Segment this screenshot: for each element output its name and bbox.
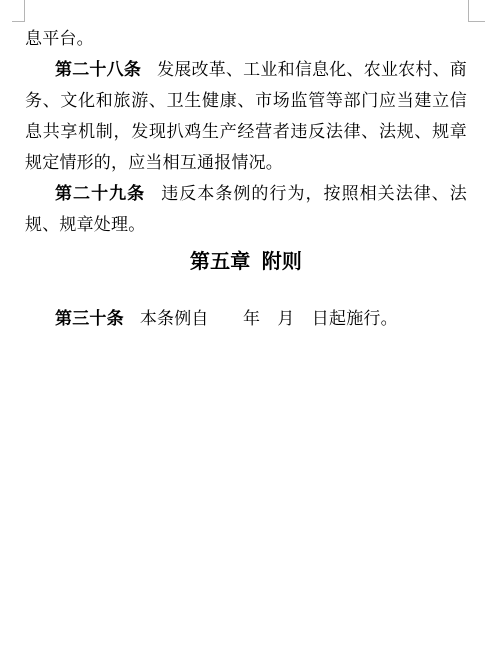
paragraph-continuation: 息平台。 — [25, 23, 467, 54]
continuation-text: 息平台。 — [25, 29, 94, 48]
article-30-label: 第三十条 — [55, 309, 124, 328]
article-29-label: 第二十九条 — [55, 184, 145, 203]
crop-mark-top-left-icon — [12, 0, 25, 22]
paragraph-article-29: 第二十九条违反本条例的行为，按照相关法律、法规、规章处理。 — [25, 178, 467, 240]
paragraph-article-28: 第二十八条发展改革、工业和信息化、农业农村、商务、文化和旅游、卫生健康、市场监管… — [25, 54, 467, 178]
chapter-5-heading: 第五章 附则 — [25, 244, 467, 280]
article-30-text: 本条例自 年 月 日起施行。 — [140, 309, 398, 328]
crop-mark-top-right-icon — [468, 0, 485, 22]
paragraph-article-30: 第三十条本条例自 年 月 日起施行。 — [25, 303, 467, 334]
document-page: 息平台。 第二十八条发展改革、工业和信息化、农业农村、商务、文化和旅游、卫生健康… — [0, 0, 494, 657]
document-body[interactable]: 息平台。 第二十八条发展改革、工业和信息化、农业农村、商务、文化和旅游、卫生健康… — [25, 23, 467, 334]
article-28-label: 第二十八条 — [55, 60, 141, 79]
